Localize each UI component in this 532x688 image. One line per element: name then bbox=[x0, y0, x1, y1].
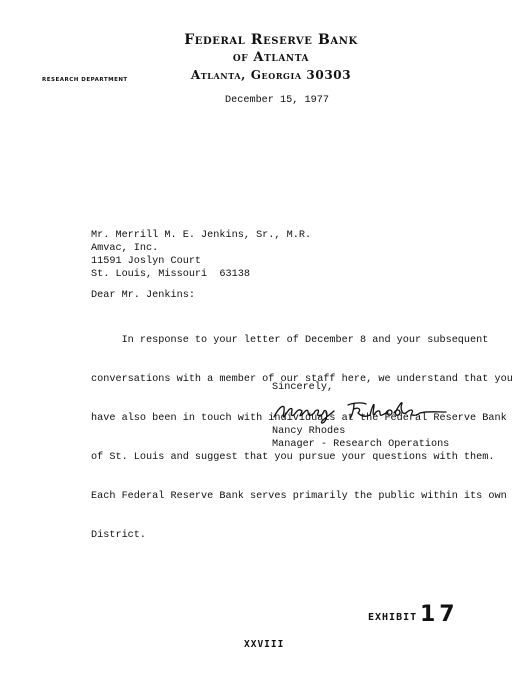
handwritten-signature bbox=[270, 397, 450, 425]
body-line: of St. Louis and suggest that you pursue… bbox=[91, 451, 513, 464]
recipient-line: Amvac, Inc. bbox=[91, 242, 311, 255]
recipient-line: St. Louis, Missouri 63138 bbox=[91, 268, 311, 281]
letter-date: December 15, 1977 bbox=[225, 94, 329, 107]
page-number-roman: XXVIII bbox=[244, 639, 284, 650]
body-line: Each Federal Reserve Bank serves primari… bbox=[91, 490, 513, 503]
recipient-line: 11591 Joslyn Court bbox=[91, 255, 311, 268]
letterhead-department: Research Department bbox=[42, 77, 128, 83]
closing: Sincerely, bbox=[272, 381, 333, 394]
recipient-address: Mr. Merrill M. E. Jenkins, Sr., M.R. Amv… bbox=[91, 229, 311, 281]
exhibit-label: EXHIBIT bbox=[368, 612, 417, 623]
recipient-line: Mr. Merrill M. E. Jenkins, Sr., M.R. bbox=[91, 229, 311, 242]
letterhead-bank-location: of Atlanta bbox=[50, 50, 492, 65]
salutation: Dear Mr. Jenkins: bbox=[91, 289, 195, 302]
body-line: In response to your letter of December 8… bbox=[91, 334, 513, 347]
body-line: District. bbox=[91, 529, 513, 542]
exhibit-number: 17 bbox=[420, 602, 459, 627]
letter-page: Federal Reserve Bank of Atlanta Atlanta,… bbox=[0, 0, 532, 688]
signer-name: Nancy Rhodes bbox=[272, 425, 345, 438]
letterhead-bank-name: Federal Reserve Bank bbox=[50, 32, 492, 48]
signer-title: Manager - Research Operations bbox=[272, 438, 449, 451]
